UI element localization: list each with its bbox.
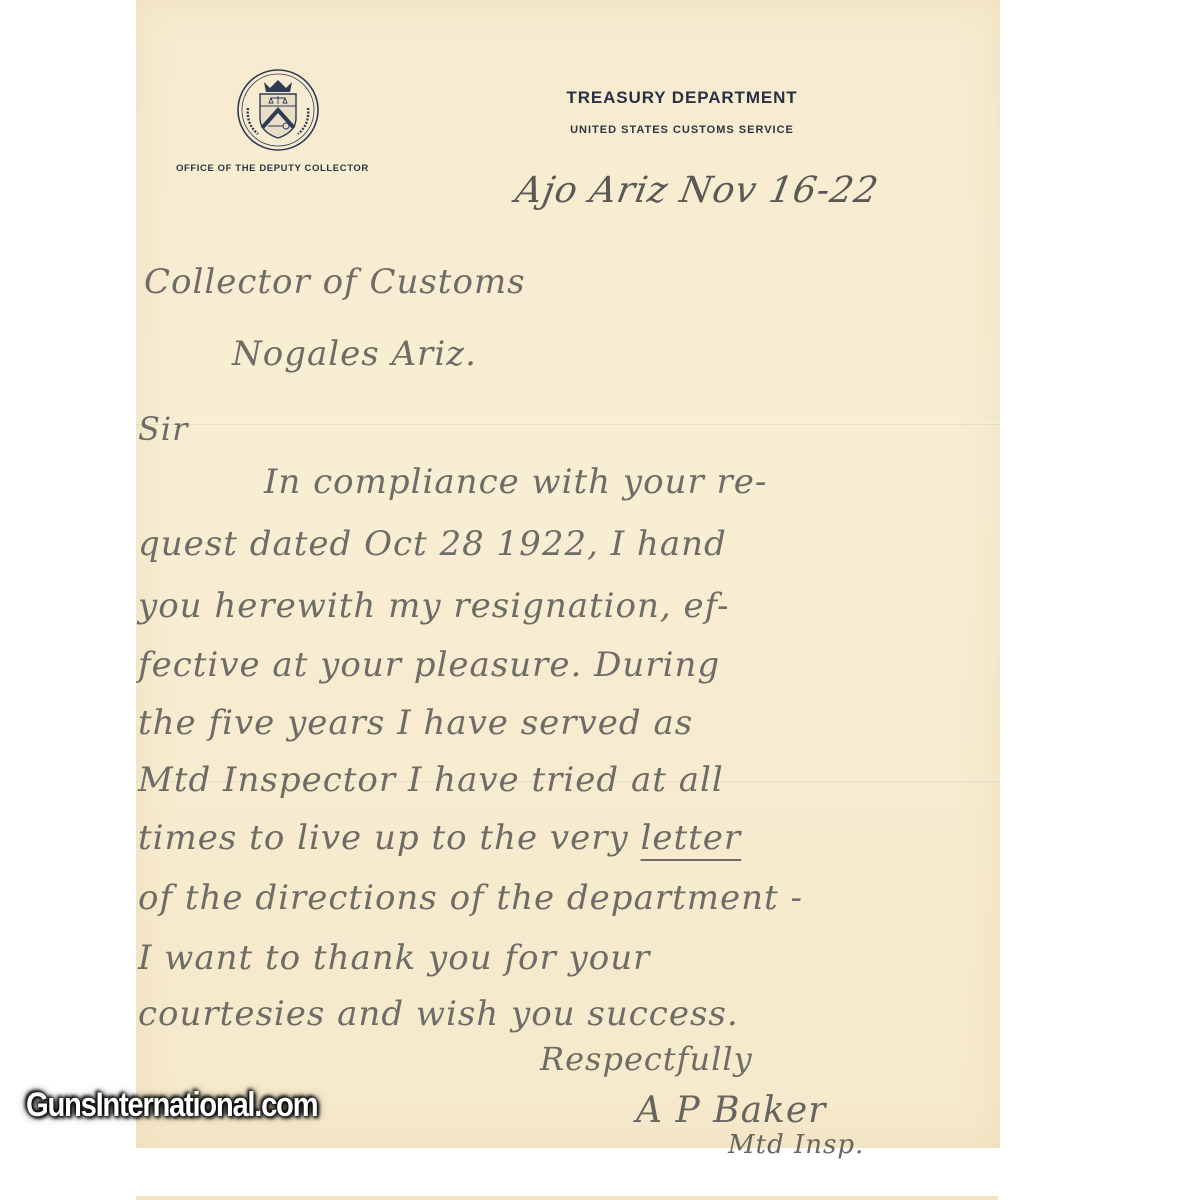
body-line: quest dated Oct 28 1922, I hand (138, 524, 727, 564)
recipient-line-2: Nogales Ariz. (232, 334, 477, 374)
body-line: you herewith my resignation, ef- (138, 586, 730, 626)
body-line-text: times to live up to the very (138, 818, 629, 858)
body-line: fective at your pleasure. During (138, 645, 720, 685)
underlined-word: letter (640, 818, 741, 858)
second-page-edge (136, 1196, 998, 1200)
site-watermark: GunsInternational.com (26, 1086, 317, 1125)
body-line: the five years I have served as (138, 703, 693, 743)
body-line: of the directions of the department - (138, 878, 803, 918)
body-line: I want to thank you for your (138, 938, 650, 978)
paper-fold-upper (136, 423, 1000, 425)
salutation: Sir (138, 410, 188, 448)
department-title: TREASURY DEPARTMENT (530, 88, 834, 108)
body-line: Mtd Inspector I have tried at all (138, 760, 724, 800)
service-subtitle: UNITED STATES CUSTOMS SERVICE (530, 124, 834, 136)
body-line: In compliance with your re- (264, 462, 767, 502)
treasury-seal-icon (236, 68, 320, 152)
body-line: courtesies and wish you success. (138, 994, 739, 1034)
signature: A P Baker (636, 1090, 826, 1131)
letter-dateline: Ajo Ariz Nov 16-22 (512, 170, 881, 211)
closing: Respectfully (540, 1040, 753, 1078)
body-line: times to live up to the very letter (138, 818, 741, 858)
recipient-line-1: Collector of Customs (144, 262, 526, 302)
signature-title: Mtd Insp. (728, 1130, 864, 1160)
office-label: OFFICE OF THE DEPUTY COLLECTOR (176, 163, 369, 174)
